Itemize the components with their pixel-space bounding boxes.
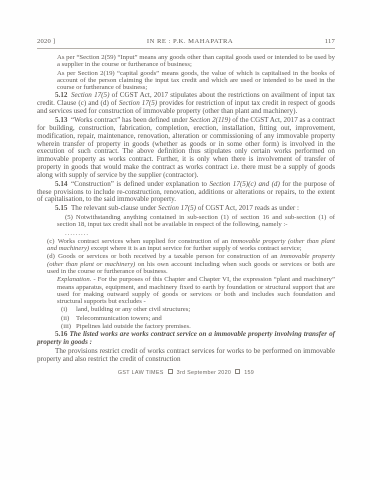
header-page-number: 117 [325,38,335,45]
footer-journal-name: GST LAW TIMES [118,370,164,376]
explanation-paragraph: Explanation. - For the purposes of this … [57,276,335,305]
footer-date: 3rd September 2020 [177,370,232,376]
page-header: 2020 ] IN RE : P.K. MAHAPATRA 117 [37,38,335,49]
paragraph-5-15: 5.15 The relevant sub-clause under Secti… [37,205,335,213]
paragraph-number: 5.15 [55,204,67,212]
section-heading-5-16: 5.16 The listed works are works contract… [37,331,335,347]
exclusion-item-i: (i) land, building or any other civil st… [61,306,335,313]
paragraph-5-12: 5.12 Section 17(5) of CGST Act, 2017 sti… [37,92,335,116]
extract-item-c: (c) Works contract services when supplie… [47,238,335,253]
ellipsis-line: ......... [65,230,335,237]
quote-capital-goods-definition: As per Section 2(19) “capital goods” mea… [57,70,335,92]
header-year: 2020 ] [37,38,55,45]
paragraph-number: 5.13 [55,116,67,124]
paragraph-number: 5.16 [55,330,67,338]
exclusion-item-iii: (iii) Pipelines laid outside the factory… [61,323,335,330]
square-separator-icon [235,369,240,374]
square-separator-icon [168,369,173,374]
paragraph-5-13: 5.13 “Works contract” has been defined u… [37,117,335,180]
extract-item-d: (d) Goods or services or both received b… [47,253,335,275]
closing-paragraph: The provisions restrict credit of works … [37,348,335,364]
extract-clause-5: (5) Notwithstanding anything contained i… [57,214,335,229]
journal-footer: GST LAW TIMES3rd September 2020159 [37,369,335,376]
paragraph-number: 5.12 [55,91,67,99]
paragraph-5-14: 5.14 “Construction” is defined under exp… [37,181,335,205]
paragraph-number: 5.14 [55,180,67,188]
header-case-title: IN RE : P.K. MAHAPATRA [147,38,233,45]
document-page: 2020 ] IN RE : P.K. MAHAPATRA 117 As per… [0,0,370,480]
quote-input-definition: As per “Section 2(59) “Input” means any … [57,54,335,69]
footer-page-number: 159 [244,370,254,376]
exclusion-item-ii: (ii) Telecommunication towers; and [61,315,335,322]
